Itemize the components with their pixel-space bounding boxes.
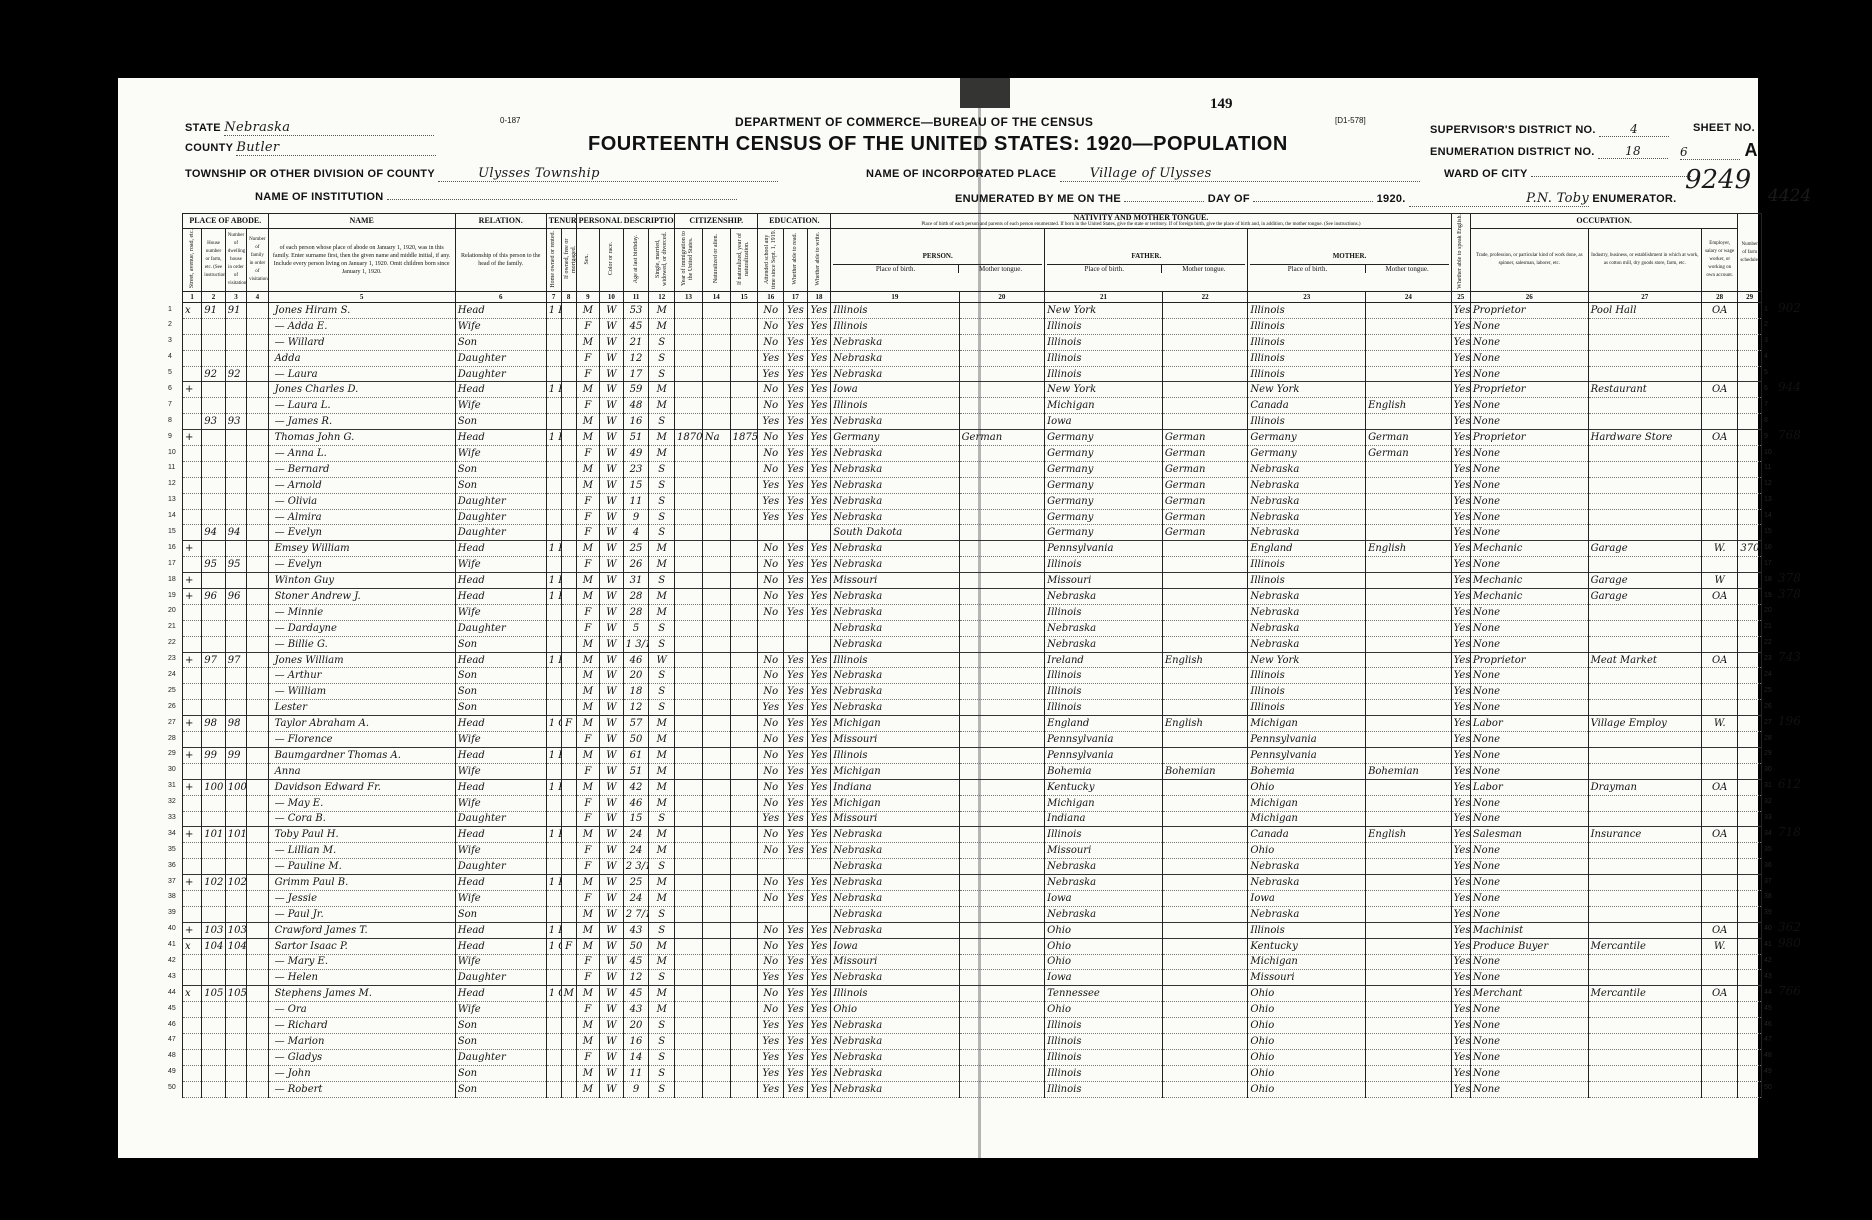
- cell-mark: [183, 684, 202, 700]
- cell-tongue: [959, 573, 1045, 589]
- table-row: +Winton GuyHead1 RMW31SNoYesYesMissouriM…: [183, 573, 1762, 589]
- line-number: 30: [1764, 766, 1772, 773]
- cell-sex: M: [576, 477, 600, 493]
- cell-mtongue: [1366, 493, 1452, 509]
- cell-imm: [675, 303, 703, 319]
- cell-emp: [1701, 1018, 1737, 1034]
- cell-write: Yes: [807, 716, 831, 732]
- cell-house: [202, 541, 226, 557]
- line-number: 17: [1764, 560, 1772, 567]
- cell-dwell: 98: [225, 716, 246, 732]
- page-number: 149: [1210, 96, 1233, 113]
- cell-ms: S: [649, 414, 675, 430]
- cell-mark: [183, 811, 202, 827]
- cell-name: — Willard: [268, 334, 455, 350]
- cell-write: Yes: [807, 922, 831, 938]
- cell-fpob: Indiana: [1045, 811, 1163, 827]
- cell-mark: [183, 954, 202, 970]
- cell-rel: Head: [455, 779, 546, 795]
- cell-pob: Illinois: [831, 986, 959, 1002]
- cell-fam: [247, 986, 268, 1002]
- col-6-header: Relationship of this person to the head …: [455, 229, 546, 292]
- cell-age: 11: [623, 493, 649, 509]
- cell-sex: F: [576, 525, 600, 541]
- cell-pob: Nebraska: [831, 477, 959, 493]
- cell-race: W: [600, 604, 624, 620]
- table-row: — OliviaDaughterFW11SYesYesYesNebraskaGe…: [183, 493, 1762, 509]
- cell-ftongue: German: [1162, 493, 1248, 509]
- cell-age: 11: [623, 1065, 649, 1081]
- cell-eng: Yes: [1451, 875, 1470, 891]
- cell-ms: M: [649, 763, 675, 779]
- cell-occ: None: [1470, 732, 1588, 748]
- cell-occ: None: [1470, 668, 1588, 684]
- cell-ms: S: [649, 573, 675, 589]
- cell-natyr: [730, 461, 758, 477]
- column-number: 23: [1248, 292, 1366, 303]
- cell-own: [546, 906, 561, 922]
- cell-mpob: Germany: [1248, 430, 1366, 446]
- cell-mtongue: [1366, 414, 1452, 430]
- cell-mark: [183, 334, 202, 350]
- cell-name: Grimm Paul B.: [268, 875, 455, 891]
- cell-name: — Paul Jr.: [268, 906, 455, 922]
- cell-eng: Yes: [1451, 1033, 1470, 1049]
- cell-dwell: [225, 906, 246, 922]
- cell-sex: M: [576, 414, 600, 430]
- cell-eng: Yes: [1451, 541, 1470, 557]
- cell-rel: Daughter: [455, 811, 546, 827]
- cell-farm: [1738, 557, 1762, 573]
- cell-imm: [675, 1049, 703, 1065]
- cell-rel: Son: [455, 334, 546, 350]
- cell-age: 4: [623, 525, 649, 541]
- cell-tongue: [959, 954, 1045, 970]
- cell-pob: Nebraska: [831, 668, 959, 684]
- cell-fpob: Illinois: [1045, 366, 1163, 382]
- cell-natyr: [730, 573, 758, 589]
- cell-dwell: [225, 604, 246, 620]
- cell-fpob: Bohemia: [1045, 763, 1163, 779]
- cell-farm: [1738, 493, 1762, 509]
- cell-rel: Wife: [455, 1002, 546, 1018]
- table-row: — RobertSonMW9SYesYesYesNebraskaIllinois…: [183, 1081, 1762, 1097]
- cell-dwell: [225, 430, 246, 446]
- cell-own: [546, 811, 561, 827]
- cell-occ: None: [1470, 1049, 1588, 1065]
- cell-sex: M: [576, 1065, 600, 1081]
- cell-write: Yes: [807, 954, 831, 970]
- cell-mark: [183, 732, 202, 748]
- cell-sex: M: [576, 906, 600, 922]
- cell-write: Yes: [807, 350, 831, 366]
- cell-write: Yes: [807, 573, 831, 589]
- cell-sex: M: [576, 938, 600, 954]
- cell-fam: [247, 668, 268, 684]
- line-number: 11: [168, 464, 175, 471]
- cell-dwell: [225, 763, 246, 779]
- cell-mort: [561, 303, 576, 319]
- cell-rel: Wife: [455, 398, 546, 414]
- cell-pob: Nebraska: [831, 1081, 959, 1097]
- cell-read: Yes: [784, 334, 808, 350]
- cell-occ: None: [1470, 795, 1588, 811]
- cell-age: 26: [623, 557, 649, 573]
- line-number: 38: [168, 893, 176, 900]
- cell-mark: [183, 970, 202, 986]
- cell-house: 100: [202, 779, 226, 795]
- cell-farm: [1738, 589, 1762, 605]
- cell-own: [546, 684, 561, 700]
- cell-write: Yes: [807, 318, 831, 334]
- cell-rel: Son: [455, 636, 546, 652]
- cell-pob: Nebraska: [831, 827, 959, 843]
- column-number: 1: [183, 292, 202, 303]
- cell-imm: [675, 763, 703, 779]
- line-number: 4: [1764, 353, 1768, 360]
- cell-sex: M: [576, 668, 600, 684]
- cell-ftongue: German: [1162, 446, 1248, 462]
- cell-mort: [561, 763, 576, 779]
- cell-fpob: Nebraska: [1045, 859, 1163, 875]
- cell-nat: [702, 779, 730, 795]
- cell-ftongue: [1162, 557, 1248, 573]
- cell-sex: F: [576, 843, 600, 859]
- cell-farm: [1738, 382, 1762, 398]
- cell-read: Yes: [784, 763, 808, 779]
- cell-natyr: [730, 620, 758, 636]
- cell-fam: [247, 922, 268, 938]
- cell-ftongue: [1162, 1002, 1248, 1018]
- cell-ind: [1588, 684, 1701, 700]
- cell-write: Yes: [807, 1081, 831, 1097]
- cell-occ: Produce Buyer: [1470, 938, 1588, 954]
- cell-pob: Nebraska: [831, 334, 959, 350]
- cell-read: [784, 859, 808, 875]
- cell-imm: [675, 938, 703, 954]
- cell-ftongue: [1162, 906, 1248, 922]
- cell-read: Yes: [784, 986, 808, 1002]
- cell-nat: [702, 875, 730, 891]
- cell-mpob: Germany: [1248, 446, 1366, 462]
- cell-dwell: [225, 350, 246, 366]
- cell-sch: No: [758, 732, 784, 748]
- cell-read: [784, 525, 808, 541]
- cell-sex: M: [576, 1033, 600, 1049]
- line-number: 44: [168, 989, 176, 996]
- cell-own: [546, 1049, 561, 1065]
- cell-imm: [675, 509, 703, 525]
- line-number: 33: [168, 814, 176, 821]
- cell-ms: M: [649, 318, 675, 334]
- cell-house: [202, 859, 226, 875]
- cell-mtongue: English: [1366, 398, 1452, 414]
- cell-age: 49: [623, 446, 649, 462]
- cell-sex: F: [576, 890, 600, 906]
- col-3-header: Number of dwelling house in order of vis…: [225, 229, 246, 292]
- cell-occ: None: [1470, 970, 1588, 986]
- cell-sch: No: [758, 779, 784, 795]
- cell-ind: Garage: [1588, 589, 1701, 605]
- line-number: 19: [168, 592, 176, 599]
- line-number: 7: [168, 401, 172, 408]
- cell-sch: No: [758, 318, 784, 334]
- cell-sex: M: [576, 652, 600, 668]
- table-row: 9292— LauraDaughterFW17SYesYesYesNebrask…: [183, 366, 1762, 382]
- cell-read: Yes: [784, 318, 808, 334]
- cell-pob: Nebraska: [831, 620, 959, 636]
- cell-nat: [702, 938, 730, 954]
- cell-race: W: [600, 525, 624, 541]
- cell-house: [202, 954, 226, 970]
- cell-tongue: [959, 986, 1045, 1002]
- cell-dwell: 101: [225, 827, 246, 843]
- cell-write: Yes: [807, 477, 831, 493]
- cell-sch: Yes: [758, 811, 784, 827]
- cell-tongue: [959, 477, 1045, 493]
- cell-race: W: [600, 1033, 624, 1049]
- cell-emp: [1701, 875, 1737, 891]
- cell-imm: [675, 668, 703, 684]
- cell-race: W: [600, 350, 624, 366]
- cell-house: [202, 1065, 226, 1081]
- cell-sch: Yes: [758, 970, 784, 986]
- cell-mtongue: [1366, 684, 1452, 700]
- cell-mort: [561, 700, 576, 716]
- cell-sex: M: [576, 875, 600, 891]
- cell-ind: Hardware Store: [1588, 430, 1701, 446]
- cell-fam: [247, 350, 268, 366]
- cell-mpob: Nebraska: [1248, 589, 1366, 605]
- table-row: +102102Grimm Paul B.Head1 RMW25MNoYesYes…: [183, 875, 1762, 891]
- person-header: PERSON. Place of birth.Mother tongue.: [831, 229, 1045, 292]
- cell-own: [546, 859, 561, 875]
- column-number: 21: [1045, 292, 1163, 303]
- cell-mpob: Illinois: [1248, 366, 1366, 382]
- cell-eng: Yes: [1451, 604, 1470, 620]
- cell-age: 50: [623, 938, 649, 954]
- column-number: 22: [1162, 292, 1248, 303]
- cell-pob: Nebraska: [831, 1033, 959, 1049]
- table-row: — OraWifeFW43MNoYesYesOhioOhioOhioYesNon…: [183, 1002, 1762, 1018]
- cell-eng: Yes: [1451, 620, 1470, 636]
- cell-tongue: [959, 493, 1045, 509]
- cell-sex: M: [576, 684, 600, 700]
- cell-age: 21: [623, 334, 649, 350]
- cell-rel: Wife: [455, 604, 546, 620]
- cell-own: [546, 477, 561, 493]
- cell-rel: Head: [455, 573, 546, 589]
- cell-house: [202, 795, 226, 811]
- cell-race: W: [600, 875, 624, 891]
- cell-fam: [247, 1033, 268, 1049]
- line-number: 41: [168, 941, 176, 948]
- cell-write: [807, 620, 831, 636]
- cell-own: [546, 1081, 561, 1097]
- cell-imm: [675, 334, 703, 350]
- cell-sex: F: [576, 1049, 600, 1065]
- cell-sex: M: [576, 430, 600, 446]
- col-4-header: Number of family in order of visitation.: [247, 229, 268, 292]
- cell-ms: M: [649, 779, 675, 795]
- cell-mark: [183, 763, 202, 779]
- cell-fpob: Pennsylvania: [1045, 732, 1163, 748]
- cell-rel: Son: [455, 684, 546, 700]
- enumerated-label: ENUMERATED BY ME ON THE: [955, 193, 1121, 205]
- cell-fam: [247, 875, 268, 891]
- cell-pob: Nebraska: [831, 890, 959, 906]
- table-row: — Laura L.WifeFW48MNoYesYesIllinoisMichi…: [183, 398, 1762, 414]
- cell-fam: [247, 747, 268, 763]
- cell-fam: [247, 414, 268, 430]
- cell-own: [546, 1002, 561, 1018]
- cell-farm: [1738, 620, 1762, 636]
- cell-read: Yes: [784, 684, 808, 700]
- cell-tongue: [959, 1049, 1045, 1065]
- line-number: 34: [1764, 830, 1772, 837]
- cell-race: W: [600, 922, 624, 938]
- cell-occ: Merchant: [1470, 986, 1588, 1002]
- cell-mtongue: [1366, 589, 1452, 605]
- cell-house: [202, 318, 226, 334]
- cell-read: Yes: [784, 557, 808, 573]
- cell-sch: Yes: [758, 493, 784, 509]
- cell-fam: [247, 525, 268, 541]
- cell-emp: W.: [1701, 716, 1737, 732]
- cell-ms: M: [649, 1002, 675, 1018]
- cell-mort: [561, 509, 576, 525]
- column-number: 14: [702, 292, 730, 303]
- cell-tongue: [959, 541, 1045, 557]
- cell-dwell: 103: [225, 922, 246, 938]
- line-number: 25: [168, 687, 176, 694]
- cell-sex: F: [576, 970, 600, 986]
- cell-natyr: [730, 604, 758, 620]
- cell-farm: 370: [1738, 541, 1762, 557]
- cell-race: W: [600, 382, 624, 398]
- cell-fpob: Illinois: [1045, 1081, 1163, 1097]
- cell-ind: Garage: [1588, 541, 1701, 557]
- cell-fpob: Nebraska: [1045, 906, 1163, 922]
- margin-note: 768: [1778, 428, 1801, 442]
- cell-dwell: 94: [225, 525, 246, 541]
- cell-farm: [1738, 446, 1762, 462]
- cell-rel: Head: [455, 986, 546, 1002]
- cell-mtongue: [1366, 1049, 1452, 1065]
- cell-imm: [675, 986, 703, 1002]
- cell-ftongue: [1162, 1049, 1248, 1065]
- cell-write: [807, 859, 831, 875]
- cell-ms: S: [649, 1081, 675, 1097]
- cell-ms: S: [649, 620, 675, 636]
- cell-farm: [1738, 779, 1762, 795]
- cell-fam: [247, 430, 268, 446]
- cell-ind: [1588, 636, 1701, 652]
- cell-fpob: Michigan: [1045, 795, 1163, 811]
- cell-read: Yes: [784, 875, 808, 891]
- cell-natyr: [730, 763, 758, 779]
- cell-emp: [1701, 668, 1737, 684]
- cell-sch: Yes: [758, 414, 784, 430]
- line-number: 30: [168, 766, 176, 773]
- line-number: 41: [1764, 941, 1772, 948]
- cell-sch: No: [758, 604, 784, 620]
- line-number: 5: [168, 369, 172, 376]
- cell-tongue: [959, 732, 1045, 748]
- cell-mpob: Ohio: [1248, 1033, 1366, 1049]
- cell-farm: [1738, 716, 1762, 732]
- table-row: x104104Sartor Isaac P.Head1 OFMW50MNoYes…: [183, 938, 1762, 954]
- state-label: STATE: [185, 122, 221, 134]
- cell-imm: [675, 700, 703, 716]
- cell-sex: M: [576, 1081, 600, 1097]
- cell-dwell: 92: [225, 366, 246, 382]
- cell-natyr: [730, 938, 758, 954]
- cell-mtongue: [1366, 573, 1452, 589]
- cell-fpob: Ireland: [1045, 652, 1163, 668]
- cell-eng: Yes: [1451, 366, 1470, 382]
- cell-nat: [702, 700, 730, 716]
- cell-emp: [1701, 1033, 1737, 1049]
- cell-pob: Illinois: [831, 318, 959, 334]
- cell-sch: No: [758, 827, 784, 843]
- cell-read: Yes: [784, 398, 808, 414]
- cell-pob: Iowa: [831, 938, 959, 954]
- column-number: 8: [561, 292, 576, 303]
- cell-read: Yes: [784, 477, 808, 493]
- cell-write: Yes: [807, 604, 831, 620]
- cell-write: Yes: [807, 890, 831, 906]
- cell-own: [546, 414, 561, 430]
- cell-race: W: [600, 795, 624, 811]
- cell-emp: [1701, 636, 1737, 652]
- cell-ftongue: [1162, 875, 1248, 891]
- cell-natyr: [730, 446, 758, 462]
- cell-ms: M: [649, 875, 675, 891]
- cell-sex: M: [576, 303, 600, 319]
- cell-ftongue: [1162, 843, 1248, 859]
- cell-tongue: [959, 1018, 1045, 1034]
- line-number: 42: [168, 957, 176, 964]
- cell-fam: [247, 509, 268, 525]
- cell-write: Yes: [807, 303, 831, 319]
- cell-dwell: [225, 1049, 246, 1065]
- cell-imm: [675, 1018, 703, 1034]
- cell-race: W: [600, 779, 624, 795]
- cell-rel: Head: [455, 589, 546, 605]
- cell-farm: [1738, 763, 1762, 779]
- cell-pob: Nebraska: [831, 970, 959, 986]
- cell-mpob: Michigan: [1248, 811, 1366, 827]
- cell-ms: S: [649, 509, 675, 525]
- cell-age: 43: [623, 1002, 649, 1018]
- cell-dwell: [225, 398, 246, 414]
- cell-nat: [702, 620, 730, 636]
- cell-mort: [561, 525, 576, 541]
- cell-ind: [1588, 732, 1701, 748]
- cell-ms: S: [649, 970, 675, 986]
- cell-sch: No: [758, 541, 784, 557]
- cell-fpob: Pennsylvania: [1045, 747, 1163, 763]
- cell-emp: [1701, 859, 1737, 875]
- cell-race: W: [600, 446, 624, 462]
- cell-occ: Proprietor: [1470, 430, 1588, 446]
- cell-mtongue: [1366, 604, 1452, 620]
- cell-mtongue: [1366, 461, 1452, 477]
- line-number: 45: [168, 1005, 176, 1012]
- table-row: +103103Crawford James T.Head1 RMW43SNoYe…: [183, 922, 1762, 938]
- cell-mark: +: [183, 827, 202, 843]
